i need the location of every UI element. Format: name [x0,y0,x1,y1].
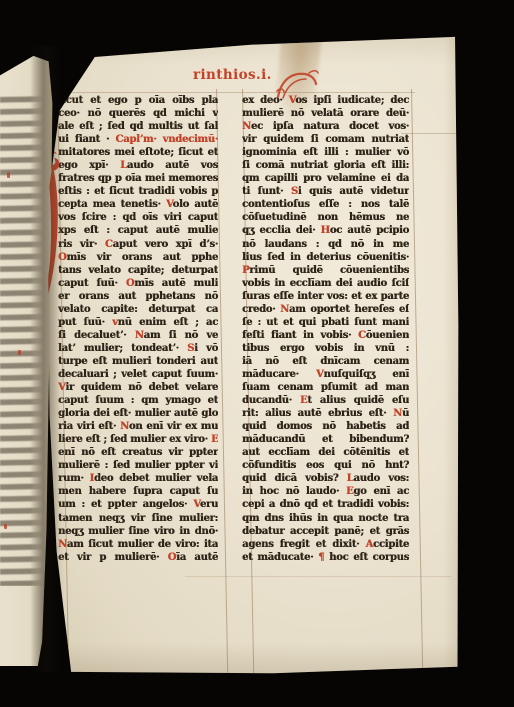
text-line: ale eſt ; ſed qd multis ut ſal [58,120,218,133]
text-line: liere eſt ; ſed mulier ex viro· Et [58,433,218,446]
text-line: cepi a dnō qd et tradidi vobis: [242,498,409,511]
text-line: tibus ergo vobis in vnū : [242,342,409,355]
text-line: Nec ipſa natura docet vos· [242,120,409,133]
text-line: vobis in ecclīam dei audio ſciſ [242,277,409,290]
text-line: ris vir· Caput vero xpī dʼs· [58,238,218,251]
text-line: in hoc nō laudo· Ego enī ac [242,485,409,498]
text-line: nō laudans : qd nō in me [242,238,409,251]
text-line: quid dicā vobis? Laudo vos: [242,472,409,485]
text-line: ria viri eſt· Non enī vir ex mu [58,420,218,433]
text-line: qʒ ecclia dei· Hoc autē pcipio [242,224,409,237]
text-line: ex deo· Vos ipſi iudicate; dec [242,94,409,107]
ruling-line-vertical [411,89,423,681]
facing-red-mark [7,172,10,178]
text-line: māducare· Vnuſquiſqʒ enī [242,368,409,381]
text-line: contentioſus eſſe : nos talē [242,198,409,211]
text-line: ceo· nō querēs qd michi v [58,107,218,120]
text-line: mitatores mei eſtote; ſicut et [58,146,218,159]
text-line: latʼ mulier; tondeatʼ· Si vō [58,342,218,355]
text-line: ſe : ut et qui pbati ſunt mani [242,316,409,329]
text-line: cōſuetudinē non hēmus ne [242,211,409,224]
text-line: men habere ſupra caput ſu [58,485,218,498]
text-line: ti ſunt· Si quis autē videtur [242,185,409,198]
text-line: rum· Ideo debet mulier vela [58,472,218,485]
manuscript-page: rinthios.i. ſicut et ego p oīa oībs plac… [45,33,460,681]
text-line: um : et ppter angelos· Veru [58,498,218,511]
text-line: mulierē : ſed mulier ppter vi [58,459,218,472]
text-line: debatur accepit panē; et grās [242,525,409,538]
ruling-line-horizontal [401,133,457,134]
text-line: fratres qp p oīa mei memores [58,172,218,185]
text-line: xps eſt : caput autē mulie [58,224,218,237]
text-line: et māducate· ¶ hoc eſt corpus [242,551,409,564]
facing-red-mark [4,524,7,529]
text-line: ſuras eſſe inter vos: et ex parte [242,290,409,303]
text-line: eſtis : et ſicut tradidi vobis p [58,185,218,198]
text-line: aut ecclīam dei cōtēnitis et [242,446,409,459]
text-line: qm dns ihūs in qua nocte tra [242,512,409,525]
text-line: Primū quidē cōuenientibs [242,264,409,277]
text-line: māducandū et bibendum? [242,433,409,446]
text-line: cepta mea tenetis· Volo autē [58,198,218,211]
text-line: ego xpī· Laudo autē vos [58,159,218,172]
text-line: enī nō eſt creatus vir ppter [58,446,218,459]
facing-red-mark [18,350,21,355]
text-line: Omīs vir orans aut pphe [58,251,218,264]
text-line: tans velato capite; deturpat [58,264,218,277]
text-line: mulierē nō velatā orare deū· [242,107,409,120]
text-line: ſicut et ego p oīa oībs pla [58,94,218,107]
text-line: lius ſed in deterius cōuenitis· [242,251,409,264]
text-line: turpe eſt mulieri tonderi aut [58,355,218,368]
text-line: rit: alius autē ebrius eſt· Nū [242,407,409,420]
text-line: Nam ſicut mulier de viro: ita [58,538,218,551]
text-line: caput ſuū· Omīs autē muli [58,277,218,290]
text-line: et vir p mulierē· Oīa autē [58,551,218,564]
text-line: quid domos nō habetis ad [242,420,409,433]
ruling-line-horizontal [185,576,451,577]
text-line: caput ſuum : qm ymago et [58,394,218,407]
text-line: cōfunditis eos qui nō hnt? [242,459,409,472]
facing-page-edge [0,54,54,666]
text-line: ignominia eſt illi : mulier vō [242,146,409,159]
running-header: rinthios.i. [193,67,272,83]
text-line: gloria dei eſt· mulier autē glo [58,407,218,420]
text-line: decaluari ; velet caput ſuum· [58,368,218,381]
text-line: agens fregit et dixit· Accipite [242,538,409,551]
text-line: tamen neqʒ vir ſine mulier: [58,512,218,525]
text-line: vir quidem ſi comam nutriat [242,133,409,146]
text-line: ſi decaluetʼ· Nam ſi nō ve [58,329,218,342]
text-line: neqʒ mulier ſine viro in dnō· [58,525,218,538]
text-line: ducandū· Et alius quidē eſu [242,394,409,407]
ruling-line-horizontal [53,92,415,93]
text-line: credo· Nam oportet hereſes eſ [242,303,409,316]
text-line: vos ſcire : qd oīs viri caput [58,211,218,224]
text-line: Vir quidem nō debet velare [58,381,218,394]
text-line: ſi comā nutriat gloria eſt illi: [242,159,409,172]
text-line: ſuam cenam pſumit ad man [242,381,409,394]
text-line: ui fiant · Caplʼm· vndecimū· [58,133,218,146]
text-line: velato capite: deturpat ca [58,303,218,316]
facing-page-text [0,94,43,586]
text-line: iā nō eſt dnīcam cenam [242,355,409,368]
text-line: feſti fiant in vobis· Cōuenien [242,329,409,342]
text-column-left: ſicut et ego p oīa oībs placeo· nō querē… [58,94,218,564]
text-line: put ſuū· vnū enim eſt ; ac [58,316,218,329]
versal-initial-icon [275,67,319,103]
text-line: er orans aut pphetans nō [58,290,218,303]
manuscript-photograph: rinthios.i. ſicut et ego p oīa oībs plac… [0,0,514,707]
text-line: qm capilli pro velamine ei da [242,172,409,185]
text-column-right: ex deo· Vos ipſi iudicate; decmulierē nō… [242,94,409,564]
